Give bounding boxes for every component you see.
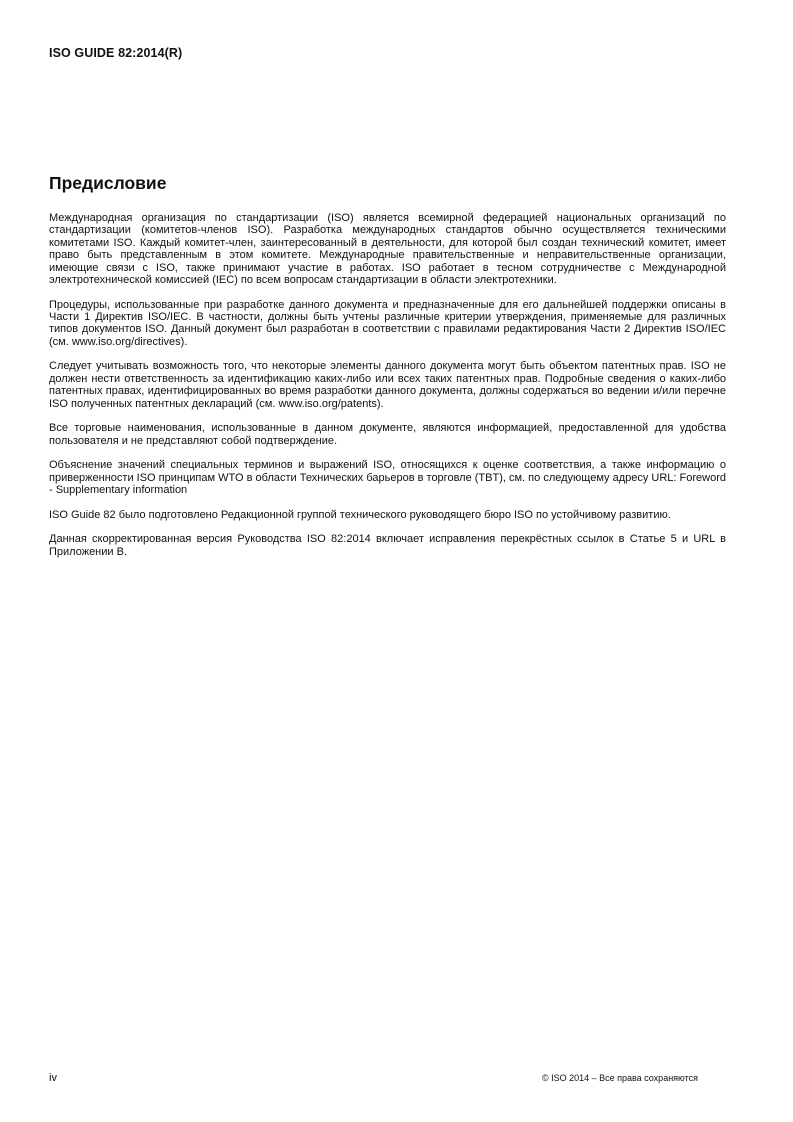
copyright-notice: © ISO 2014 – Все права сохраняются [542,1073,698,1083]
page-number: iv [49,1072,57,1084]
paragraph-prepared-by: ISO Guide 82 было подготовлено Редакцион… [49,509,726,521]
paragraph-terms-explanation: Объяснение значений специальных терминов… [49,459,726,496]
paragraph-patents: Следует учитывать возможность того, что … [49,360,726,410]
section-title: Предисловие [49,173,166,194]
foreword-body: Международная организация по стандартиза… [49,212,726,570]
paragraph-trade-names: Все торговые наименования, использованны… [49,422,726,447]
paragraph-iso-organization: Международная организация по стандартиза… [49,212,726,286]
paragraph-corrected-version: Данная скорректированная версия Руководс… [49,533,726,558]
document-id-header: ISO GUIDE 82:2014(R) [49,46,182,60]
paragraph-procedures: Процедуры, использованные при разработке… [49,299,726,349]
